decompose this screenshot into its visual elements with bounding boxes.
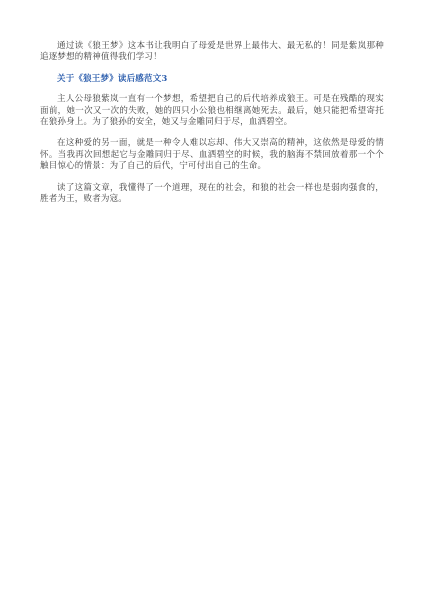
body-paragraph-1: 主人公母狼紫岚一直有一个梦想，希望把自己的后代培养成狼王。可是在残酷的现实面前，…: [40, 94, 384, 128]
section-heading: 关于《狼王梦》读后感范文3: [40, 74, 384, 85]
article-page: 通过读《狼王梦》这本书让我明白了母爱是世界上最伟大、最无私的！同是紫岚那种追逐梦…: [0, 0, 424, 600]
intro-paragraph: 通过读《狼王梦》这本书让我明白了母爱是世界上最伟大、最无私的！同是紫岚那种追逐梦…: [40, 41, 384, 64]
body-paragraph-3: 读了这篇文章，我懂得了一个道理，现在的社会，和狼的社会一样也是弱肉强食的，胜者为…: [40, 183, 384, 206]
body-paragraph-2: 在这种爱的另一面，就是一种令人难以忘却、伟大又崇高的精神，这依然是母爱的情怀。当…: [40, 138, 384, 172]
